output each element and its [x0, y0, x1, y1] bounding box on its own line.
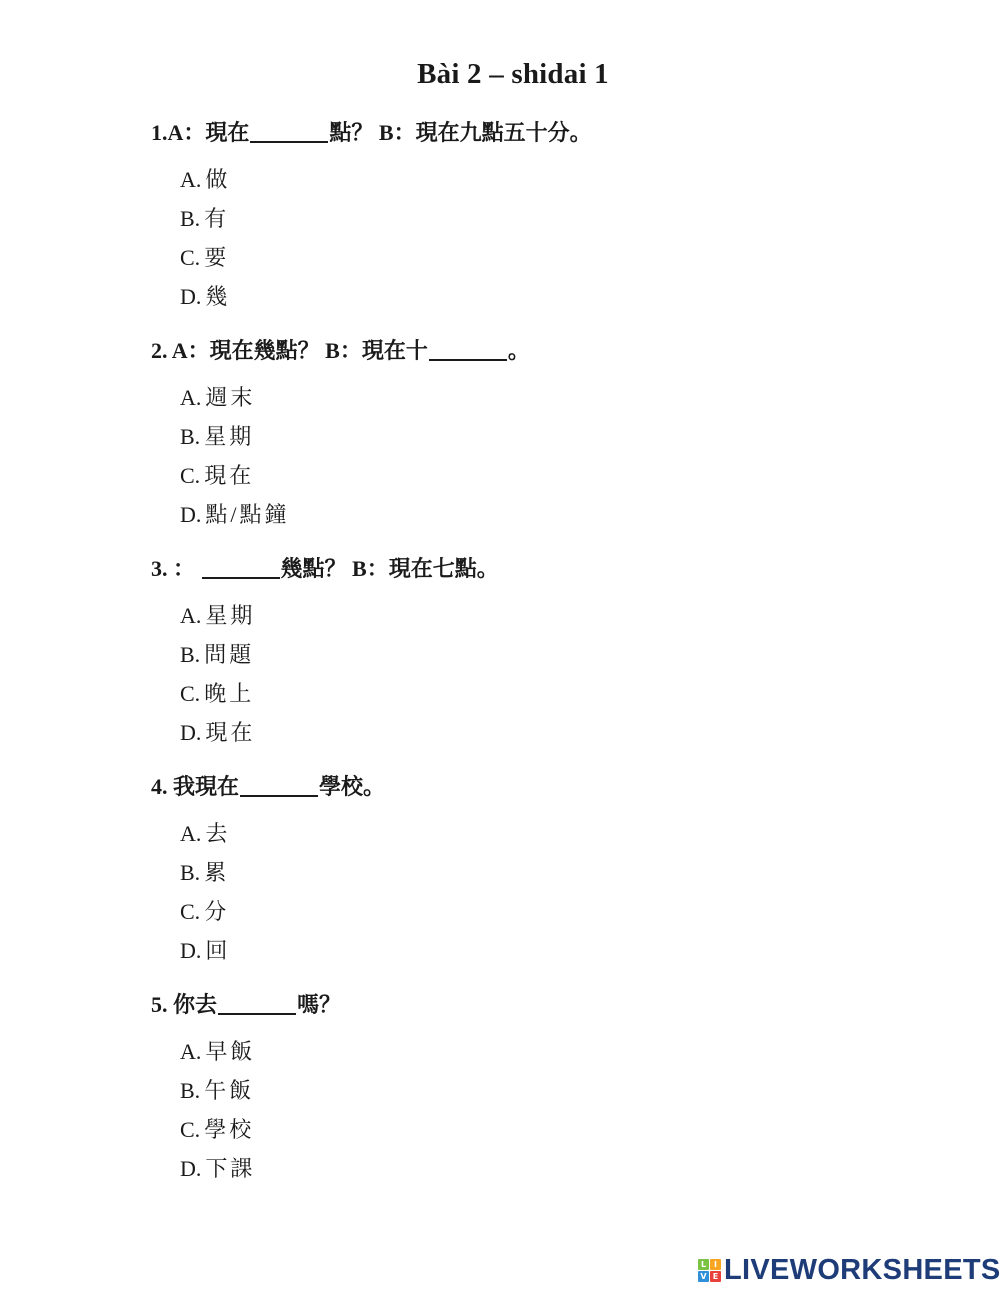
worksheet-title: Bài 2 – shidai 1 — [0, 58, 1000, 91]
option-b[interactable]: B.午飯 — [180, 1071, 255, 1110]
option-c[interactable]: C.分 — [180, 892, 230, 931]
question-text-before: A：現在幾點？ B：現在十 — [168, 334, 428, 365]
answer-blank[interactable] — [202, 576, 280, 579]
question-4: 4. 我現在 學校。 — [151, 770, 385, 801]
question-text-before: 我現在 — [168, 770, 240, 801]
question-5: 5. 你去 嗎？ — [151, 988, 341, 1019]
option-d[interactable]: D.回 — [180, 931, 230, 970]
option-a[interactable]: A.早飯 — [180, 1032, 255, 1071]
option-c[interactable]: C.現在 — [180, 456, 290, 495]
question-number: 5. — [151, 992, 168, 1018]
answer-blank[interactable] — [250, 140, 328, 143]
logo-live-icon: L I V E — [698, 1259, 721, 1282]
option-d[interactable]: D.下課 — [180, 1149, 255, 1188]
option-b[interactable]: B.問題 — [180, 635, 255, 674]
options-q5: A.早飯 B.午飯 C.學校 D.下課 — [180, 1032, 255, 1188]
question-text-after: 點？ B：現在九點五十分。 — [329, 116, 591, 147]
logo-cell-l: L — [698, 1259, 709, 1270]
options-q2: A.週末 B.星期 C.現在 D.點/點鐘 — [180, 378, 290, 534]
option-d[interactable]: D.現在 — [180, 713, 255, 752]
question-2: 2. A：現在幾點？ B：現在十 。 — [151, 334, 530, 365]
option-a[interactable]: A.週末 — [180, 378, 290, 417]
options-q1: A.做 B.有 C.要 D.幾 — [180, 160, 230, 316]
logo-cell-v: V — [698, 1271, 709, 1282]
question-text-before: A：現在 — [168, 116, 250, 147]
question-number: 4. — [151, 774, 168, 800]
option-c[interactable]: C.要 — [180, 238, 230, 277]
options-q3: A.星期 B.問題 C.晚上 D.現在 — [180, 596, 255, 752]
option-b[interactable]: B.星期 — [180, 417, 290, 456]
question-text-after: 嗎？ — [297, 988, 341, 1019]
question-text-before: ： — [168, 552, 201, 583]
answer-blank[interactable] — [240, 794, 318, 797]
liveworksheets-logo: L I V E LIVEWORKSHEETS — [698, 1257, 1000, 1283]
answer-blank[interactable] — [429, 358, 507, 361]
option-a[interactable]: A.做 — [180, 160, 230, 199]
option-c[interactable]: C.晚上 — [180, 674, 255, 713]
question-text-after: 幾點？ B：現在七點。 — [281, 552, 499, 583]
question-number: 2. — [151, 338, 168, 364]
options-q4: A.去 B.累 C.分 D.回 — [180, 814, 230, 970]
question-number: 1. — [151, 120, 168, 146]
option-d[interactable]: D.幾 — [180, 277, 230, 316]
option-d[interactable]: D.點/點鐘 — [180, 495, 290, 534]
question-3: 3. ： 幾點？ B：現在七點。 — [151, 552, 499, 583]
option-a[interactable]: A.去 — [180, 814, 230, 853]
question-text-before: 你去 — [168, 988, 218, 1019]
option-b[interactable]: B.有 — [180, 199, 230, 238]
answer-blank[interactable] — [218, 1012, 296, 1015]
logo-cell-i: I — [710, 1259, 721, 1270]
option-c[interactable]: C.學校 — [180, 1110, 255, 1149]
question-number: 3. — [151, 556, 168, 582]
question-text-after: 學校。 — [319, 770, 385, 801]
logo-cell-e: E — [710, 1271, 721, 1282]
logo-wordmark: LIVEWORKSHEETS — [724, 1257, 1000, 1283]
option-a[interactable]: A.星期 — [180, 596, 255, 635]
question-text-after: 。 — [508, 334, 530, 365]
option-b[interactable]: B.累 — [180, 853, 230, 892]
question-1: 1. A：現在 點？ B：現在九點五十分。 — [151, 116, 592, 147]
